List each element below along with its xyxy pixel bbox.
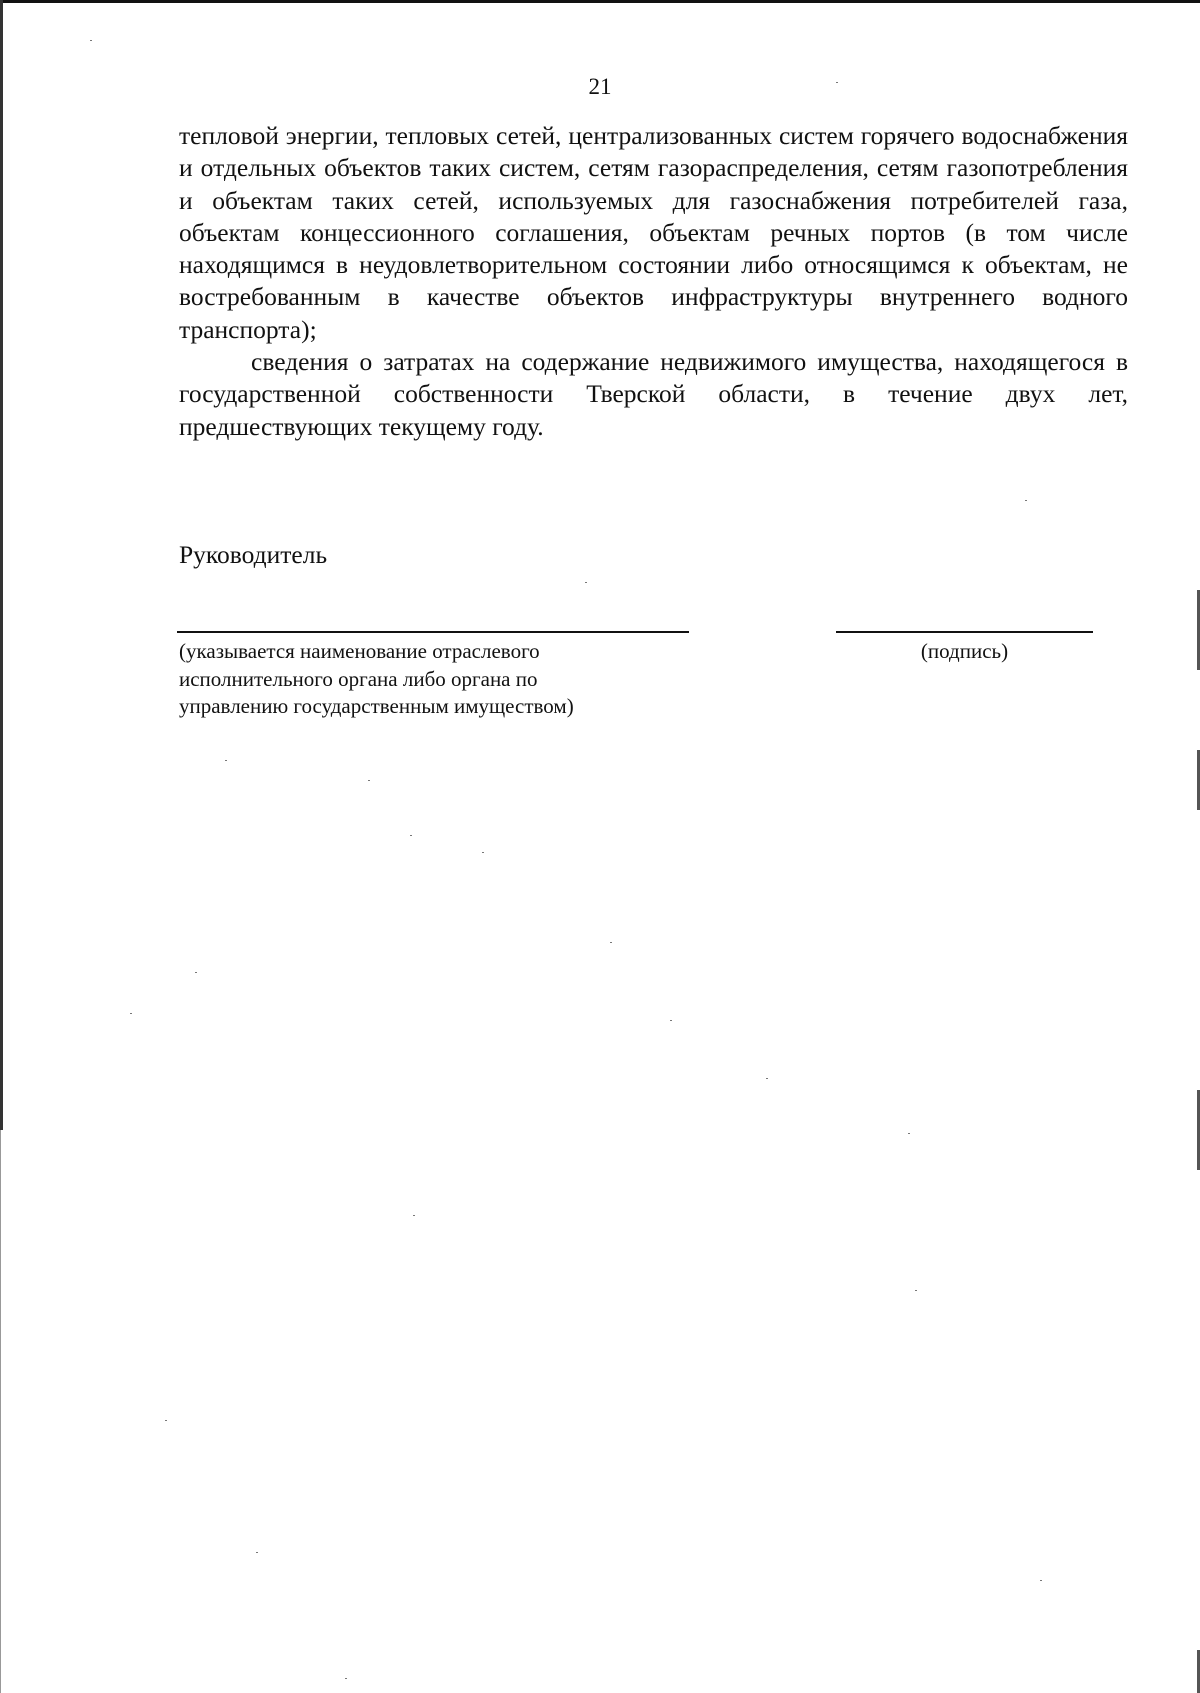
page-number: 21	[0, 74, 1200, 100]
scan-speck	[482, 852, 484, 853]
scan-speck	[766, 1078, 768, 1079]
scan-speck	[345, 1678, 347, 1679]
scan-speck	[585, 582, 587, 583]
scan-speck	[165, 1420, 167, 1421]
scan-speck	[836, 82, 838, 83]
paragraph-expense-info: сведения о затратах на содержание недвиж…	[179, 346, 1128, 443]
scan-speck	[256, 1552, 258, 1553]
paragraph-continuation: тепловой энергии, тепловых сетей, центра…	[179, 120, 1128, 346]
scan-speck	[413, 1215, 415, 1216]
scan-speck	[915, 1290, 917, 1291]
caption-line: исполнительного органа либо органа по	[179, 666, 679, 694]
scan-border-left	[0, 0, 3, 1130]
document-body: тепловой энергии, тепловых сетей, центра…	[179, 120, 1128, 443]
scan-speck	[410, 835, 412, 836]
scan-speck	[1025, 500, 1027, 501]
scan-speck	[130, 1013, 132, 1014]
scan-border-left-lower	[0, 1130, 1, 1693]
scan-speck	[670, 1020, 672, 1021]
organization-caption: (указывается наименование отраслевого ис…	[179, 638, 679, 721]
scan-speck	[90, 40, 92, 41]
scan-speck	[610, 942, 612, 943]
scan-border-top	[0, 0, 1200, 3]
scan-speck	[1040, 1580, 1042, 1581]
scan-speck	[225, 760, 227, 761]
scan-speck	[368, 780, 370, 781]
scan-speck	[195, 972, 197, 973]
signature-caption: (подпись)	[836, 638, 1093, 666]
organization-name-line	[177, 631, 689, 633]
signature-line	[836, 631, 1093, 633]
scan-speck	[908, 1133, 910, 1134]
caption-line: управлению государственным имуществом)	[179, 693, 679, 721]
signer-title: Руководитель	[179, 540, 327, 570]
caption-line: (указывается наименование отраслевого	[179, 638, 679, 666]
